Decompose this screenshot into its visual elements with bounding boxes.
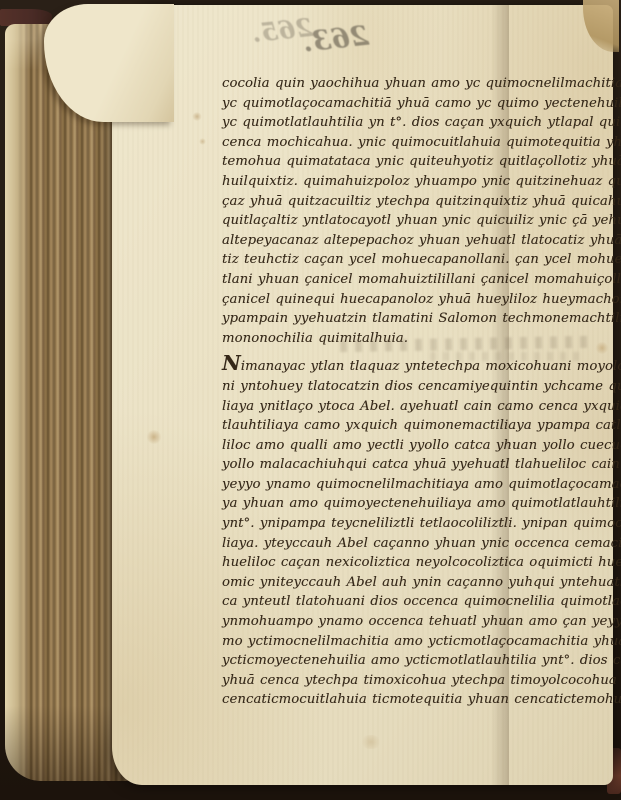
manuscript-line: ynt°. ynipampa teycneliliztli tetlaocoli… xyxy=(222,514,614,534)
manuscript-line: yollo malacachiuhqui catca yhuā yyehuatl… xyxy=(222,455,614,475)
paragraph-2: Nimanayac ytlan tlaquaz yntetechpa moxic… xyxy=(222,355,614,710)
manuscript-line: omic yniteyccauh Abel auh ynin caçanno y… xyxy=(222,573,614,593)
manuscript-line: quitlaçaltiz yntlatocayotl yhuan ynic qu… xyxy=(222,211,614,231)
manuscript-line: yc quimotlatlauhtilia yn t°. dios caçan … xyxy=(222,113,614,133)
manuscript-line: temohua quimatataca ynic quiteuhyotiz qu… xyxy=(222,152,614,172)
manuscript-line: yhuā cenca ytechpa timoxicohua ytechpa t… xyxy=(222,671,614,691)
manuscript-line: cocolia quin yaochihua yhuan amo yc quim… xyxy=(222,74,614,94)
manuscript-line: hueliloc caçan nexicoliztica neyolcocoli… xyxy=(222,553,614,573)
manuscript-line: çaz yhuā quitzacuiltiz ytechpa quitzinqu… xyxy=(222,192,614,212)
manuscript-line: ya yhuan amo quimoyectenehuiliaya amo qu… xyxy=(222,494,614,514)
manuscript-line: yc quimotlaçocamachitiā yhuā camo yc qui… xyxy=(222,94,614,114)
manuscript-line: tlauhtiliaya camo yxquich quimonemactili… xyxy=(222,416,614,436)
manuscript-line: ni yntohuey tlatocatzin dios cencamiyequ… xyxy=(222,377,614,397)
manuscript-line: tlani yhuan çanicel momahuiztilillani ça… xyxy=(222,270,614,290)
manuscript-line: ycticmoyectenehuilia amo ycticmotlatlauh… xyxy=(222,651,614,671)
manuscript-line: cenca mochicahua. ynic quimocuitlahuia q… xyxy=(222,133,614,153)
manuscript-line: ypampain yyehuatzin tlamatini Salomon te… xyxy=(222,309,614,329)
manuscript-line: liaya. yteyccauh Abel caçanno yhuan ynic… xyxy=(222,534,614,554)
manuscript-line: cencaticmocuitlahuia ticmotequitia yhuan… xyxy=(222,690,614,710)
manuscript-text-block: cocolia quin yaochihua yhuan amo yc quim… xyxy=(222,74,614,710)
manuscript-line: yeyyo ynamo quimocnelilmachitiaya amo qu… xyxy=(222,475,614,495)
manuscript-line: ynmohuampo ynamo occenca tehuatl yhuan a… xyxy=(222,612,614,632)
manuscript-line: mo yctimocnelilmachitia amo ycticmotlaço… xyxy=(222,632,614,652)
manuscript-line: liloc amo qualli amo yectli yyollo catca… xyxy=(222,436,614,456)
paragraph-1: cocolia quin yaochihua yhuan amo yc quim… xyxy=(222,74,614,348)
manuscript-line: altepeyacanaz altepepachoz yhuan yehuatl… xyxy=(222,231,614,251)
manuscript-line: huilquixtiz. quimahuizpoloz yhuampo ynic… xyxy=(222,172,614,192)
manuscript-line: tiz teuhctiz caçan ycel mohuecapanollani… xyxy=(222,250,614,270)
manuscript-line: liaya ynitlaço ytoca Abel. ayehuatl cain… xyxy=(222,397,614,417)
bleedthrough-ghost-text xyxy=(430,352,580,361)
manuscript-line: çanicel quinequi huecapanoloz yhuā hueyl… xyxy=(222,290,614,310)
manuscript-photo: 265. 263. cocolia quin yaochihua yhuan a… xyxy=(0,0,621,800)
manuscript-line: ca ynteutl tlatohuani dios occenca quimo… xyxy=(222,592,614,612)
